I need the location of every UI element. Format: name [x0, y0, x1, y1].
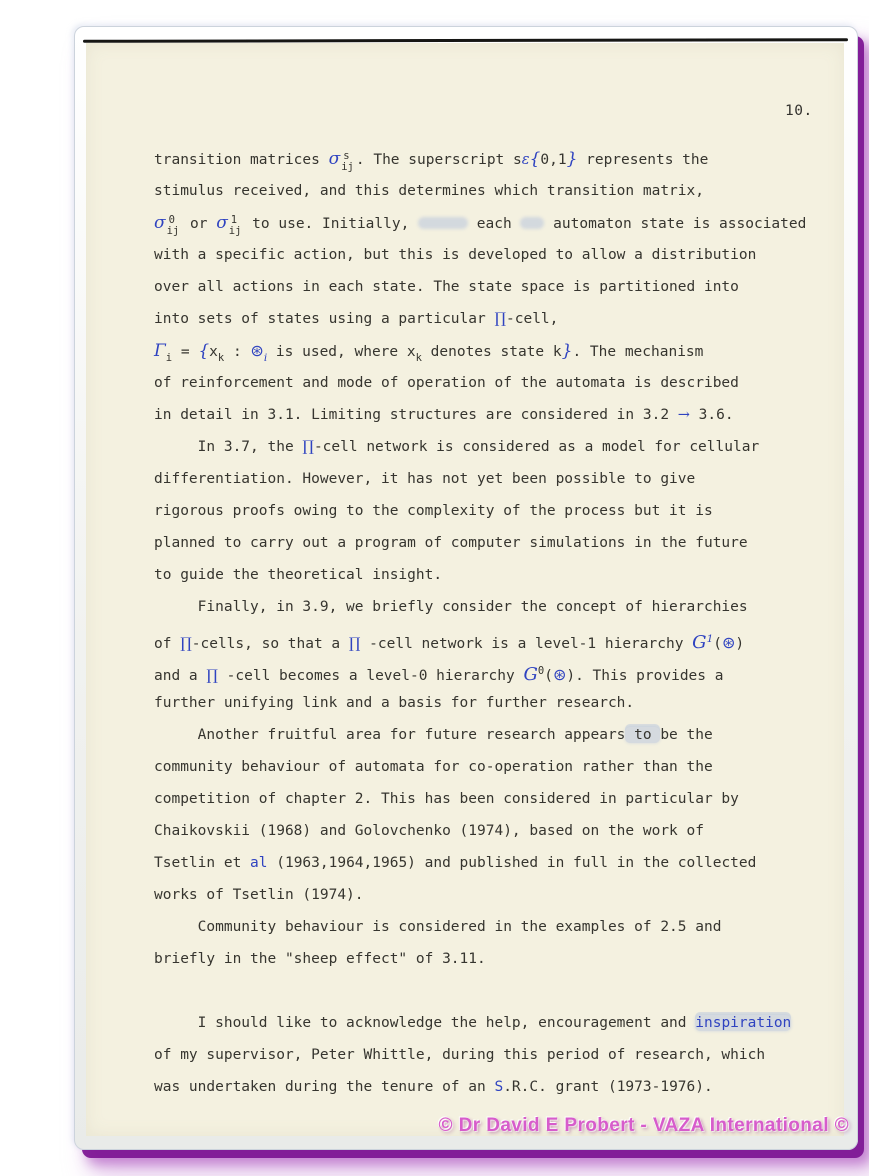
typed-text: 0,1 [540, 152, 566, 168]
page-number: 10. [785, 103, 813, 119]
document-page: 10. transition matrices σsij. The supers… [86, 43, 844, 1136]
typed-text: -cell network is a level-1 hierarchy [360, 636, 692, 652]
typed-text: each [468, 216, 520, 232]
text-line: competition of chapter 2. This has been … [154, 783, 824, 815]
text-line: of my supervisor, Peter Whittle, during … [154, 1039, 824, 1071]
typed-text: to guide the theoretical insight. [154, 567, 442, 583]
text-line: stimulus received, and this determines w… [154, 175, 824, 207]
ink-annotation: Γ [154, 341, 166, 361]
typed-text: of my supervisor, Peter Whittle, during … [154, 1047, 765, 1063]
typed-text: Community behaviour is considered in the… [154, 919, 721, 935]
typed-text: differentiation. However, it has not yet… [154, 471, 695, 487]
sup-sub-stack: sij [341, 151, 354, 173]
typed-text: to use. Initially, [243, 216, 418, 232]
typed-text: into sets of states using a particular [154, 311, 494, 327]
typed-text: ( [544, 668, 553, 684]
typed-text: ) [735, 636, 744, 652]
typed-text: briefly in the "sheep effect" of 3.11. [154, 951, 486, 967]
typed-text: ). This provides a [566, 668, 723, 684]
typed-text: in detail in 3.1. Limiting structures ar… [154, 407, 678, 423]
typed-text: denotes state k [422, 344, 562, 360]
text-line: over all actions in each state. The stat… [154, 271, 824, 303]
typed-text: 3.6. [690, 407, 734, 423]
typed-text: . The mechanism [572, 344, 703, 360]
ink-smudge-mark [520, 217, 544, 229]
slide-frame: 10. transition matrices σsij. The supers… [74, 26, 858, 1150]
typed-text: -cell becomes a level-0 hierarchy [218, 668, 524, 684]
ink-annotation: inspiration [695, 1015, 791, 1031]
typed-text: ( [713, 636, 722, 652]
sup-sub-stack: 1ij [229, 215, 242, 237]
typed-text: planned to carry out a program of comput… [154, 535, 748, 551]
text-line: further unifying link and a basis for fu… [154, 687, 824, 719]
typed-text: x [209, 344, 218, 360]
text-line: to guide the theoretical insight. [154, 559, 824, 591]
text-line: I should like to acknowledge the help, e… [154, 1007, 824, 1039]
text-line: Another fruitful area for future researc… [154, 719, 824, 751]
ink-annotation: { [198, 341, 209, 361]
typed-text: works of Tsetlin (1974). [154, 887, 364, 903]
typed-text: -cell network is considered as a model f… [314, 439, 759, 455]
typed-text: Chaikovskii (1968) and Golovchenko (1974… [154, 823, 704, 839]
text-line: σ0ij or σ1ij to use. Initially, each aut… [154, 207, 824, 239]
typed-text: to [625, 727, 660, 743]
text-line: Tsetlin et al (1963,1964,1965) and publi… [154, 847, 824, 879]
text-line: works of Tsetlin (1974). [154, 879, 824, 911]
typed-text: = [172, 344, 198, 360]
typed-text: Finally, in 3.9, we briefly consider the… [154, 599, 748, 615]
typed-text: In 3.7, the [154, 439, 302, 455]
text-line: Community behaviour is considered in the… [154, 911, 824, 943]
typed-text: competition of chapter 2. This has been … [154, 791, 739, 807]
text-line: rigorous proofs owing to the complexity … [154, 495, 824, 527]
text-line: transition matrices σsij. The superscrip… [154, 143, 824, 175]
copyright-watermark: © Dr David E Probert - VAZA Internationa… [439, 1115, 849, 1137]
ink-annotation: } [567, 149, 578, 169]
text-line: with a specific action, but this is deve… [154, 239, 824, 271]
ink-annotation: ε [522, 152, 530, 168]
text-line [154, 975, 824, 1007]
typed-text: .R.C. grant (1973-1976). [503, 1079, 713, 1095]
text-line: of ∏-cells, so that a ∏ -cell network is… [154, 623, 824, 655]
typed-text: -cell, [506, 311, 558, 327]
text-line: of reinforcement and mode of operation o… [154, 367, 824, 399]
ink-annotation: G [523, 664, 537, 685]
ink-annotation: → [678, 407, 690, 423]
typed-text: is used, where x [267, 344, 415, 360]
ink-annotation: } [562, 341, 573, 361]
ink-annotation: ⊛ [722, 633, 735, 652]
typed-text: of [154, 636, 180, 652]
ink-annotation: ∏ [302, 439, 314, 455]
typed-text: was undertaken during the tenure of an [154, 1079, 494, 1095]
typed-text: (1963,1964,1965) and published in full i… [268, 855, 757, 871]
sup-sub-stack: 0ij [167, 215, 180, 237]
text-line: community behaviour of automata for co-o… [154, 751, 824, 783]
typed-text: I should like to acknowledge the help, e… [154, 1015, 695, 1031]
typed-text: over all actions in each state. The stat… [154, 279, 739, 295]
typed-text: . The superscript s [356, 152, 522, 168]
typed-text: community behaviour of automata for co-o… [154, 759, 713, 775]
typed-text: -cells, so that a [192, 636, 349, 652]
text-line: Chaikovskii (1968) and Golovchenko (1974… [154, 815, 824, 847]
typed-text: Another fruitful area for future researc… [154, 727, 625, 743]
typed-text: : [224, 344, 250, 360]
typed-text: transition matrices [154, 152, 329, 168]
ink-annotation: σ [154, 213, 166, 233]
text-line: and a ∏ -cell becomes a level-0 hierarch… [154, 655, 824, 687]
ink-annotation: al [250, 855, 267, 871]
ink-annotation: G [692, 632, 706, 653]
ink-smudge-mark [418, 217, 468, 229]
text-line: planned to carry out a program of comput… [154, 527, 824, 559]
ink-annotation: ∏ [180, 636, 192, 652]
ink-annotation: ⊛ [553, 665, 566, 684]
text-line: Finally, in 3.9, we briefly consider the… [154, 591, 824, 623]
ink-annotation: ∏ [206, 668, 218, 684]
ink-annotation: S [494, 1079, 503, 1095]
typed-text: with a specific action, but this is deve… [154, 247, 756, 263]
typed-text: be the [660, 727, 712, 743]
typed-text: represents the [577, 152, 708, 168]
typed-text: and a [154, 668, 206, 684]
text-line: into sets of states using a particular ∏… [154, 303, 824, 335]
text-line: briefly in the "sheep effect" of 3.11. [154, 943, 824, 975]
typed-text: automaton state is associated [544, 216, 806, 232]
ink-annotation: ⊛ [250, 341, 263, 360]
ink-annotation: σ [329, 149, 341, 169]
typed-text: further unifying link and a basis for fu… [154, 695, 634, 711]
typed-text: or [181, 216, 216, 232]
ink-annotation: { [530, 149, 541, 169]
typed-text: rigorous proofs owing to the complexity … [154, 503, 713, 519]
typed-text: stimulus received, and this determines w… [154, 183, 704, 199]
typed-text: Tsetlin et [154, 855, 250, 871]
document-text: transition matrices σsij. The superscrip… [154, 143, 824, 1103]
ink-annotation: σ [216, 213, 228, 233]
ink-annotation: ∏ [349, 636, 361, 652]
typed-text: of reinforcement and mode of operation o… [154, 375, 739, 391]
text-line: differentiation. However, it has not yet… [154, 463, 824, 495]
text-line: In 3.7, the ∏-cell network is considered… [154, 431, 824, 463]
ink-annotation: ∏ [494, 311, 506, 327]
text-line: Γi = {xk : ⊛i is used, where xk denotes … [154, 335, 824, 367]
text-line: in detail in 3.1. Limiting structures ar… [154, 399, 824, 431]
text-line: was undertaken during the tenure of an S… [154, 1071, 824, 1103]
